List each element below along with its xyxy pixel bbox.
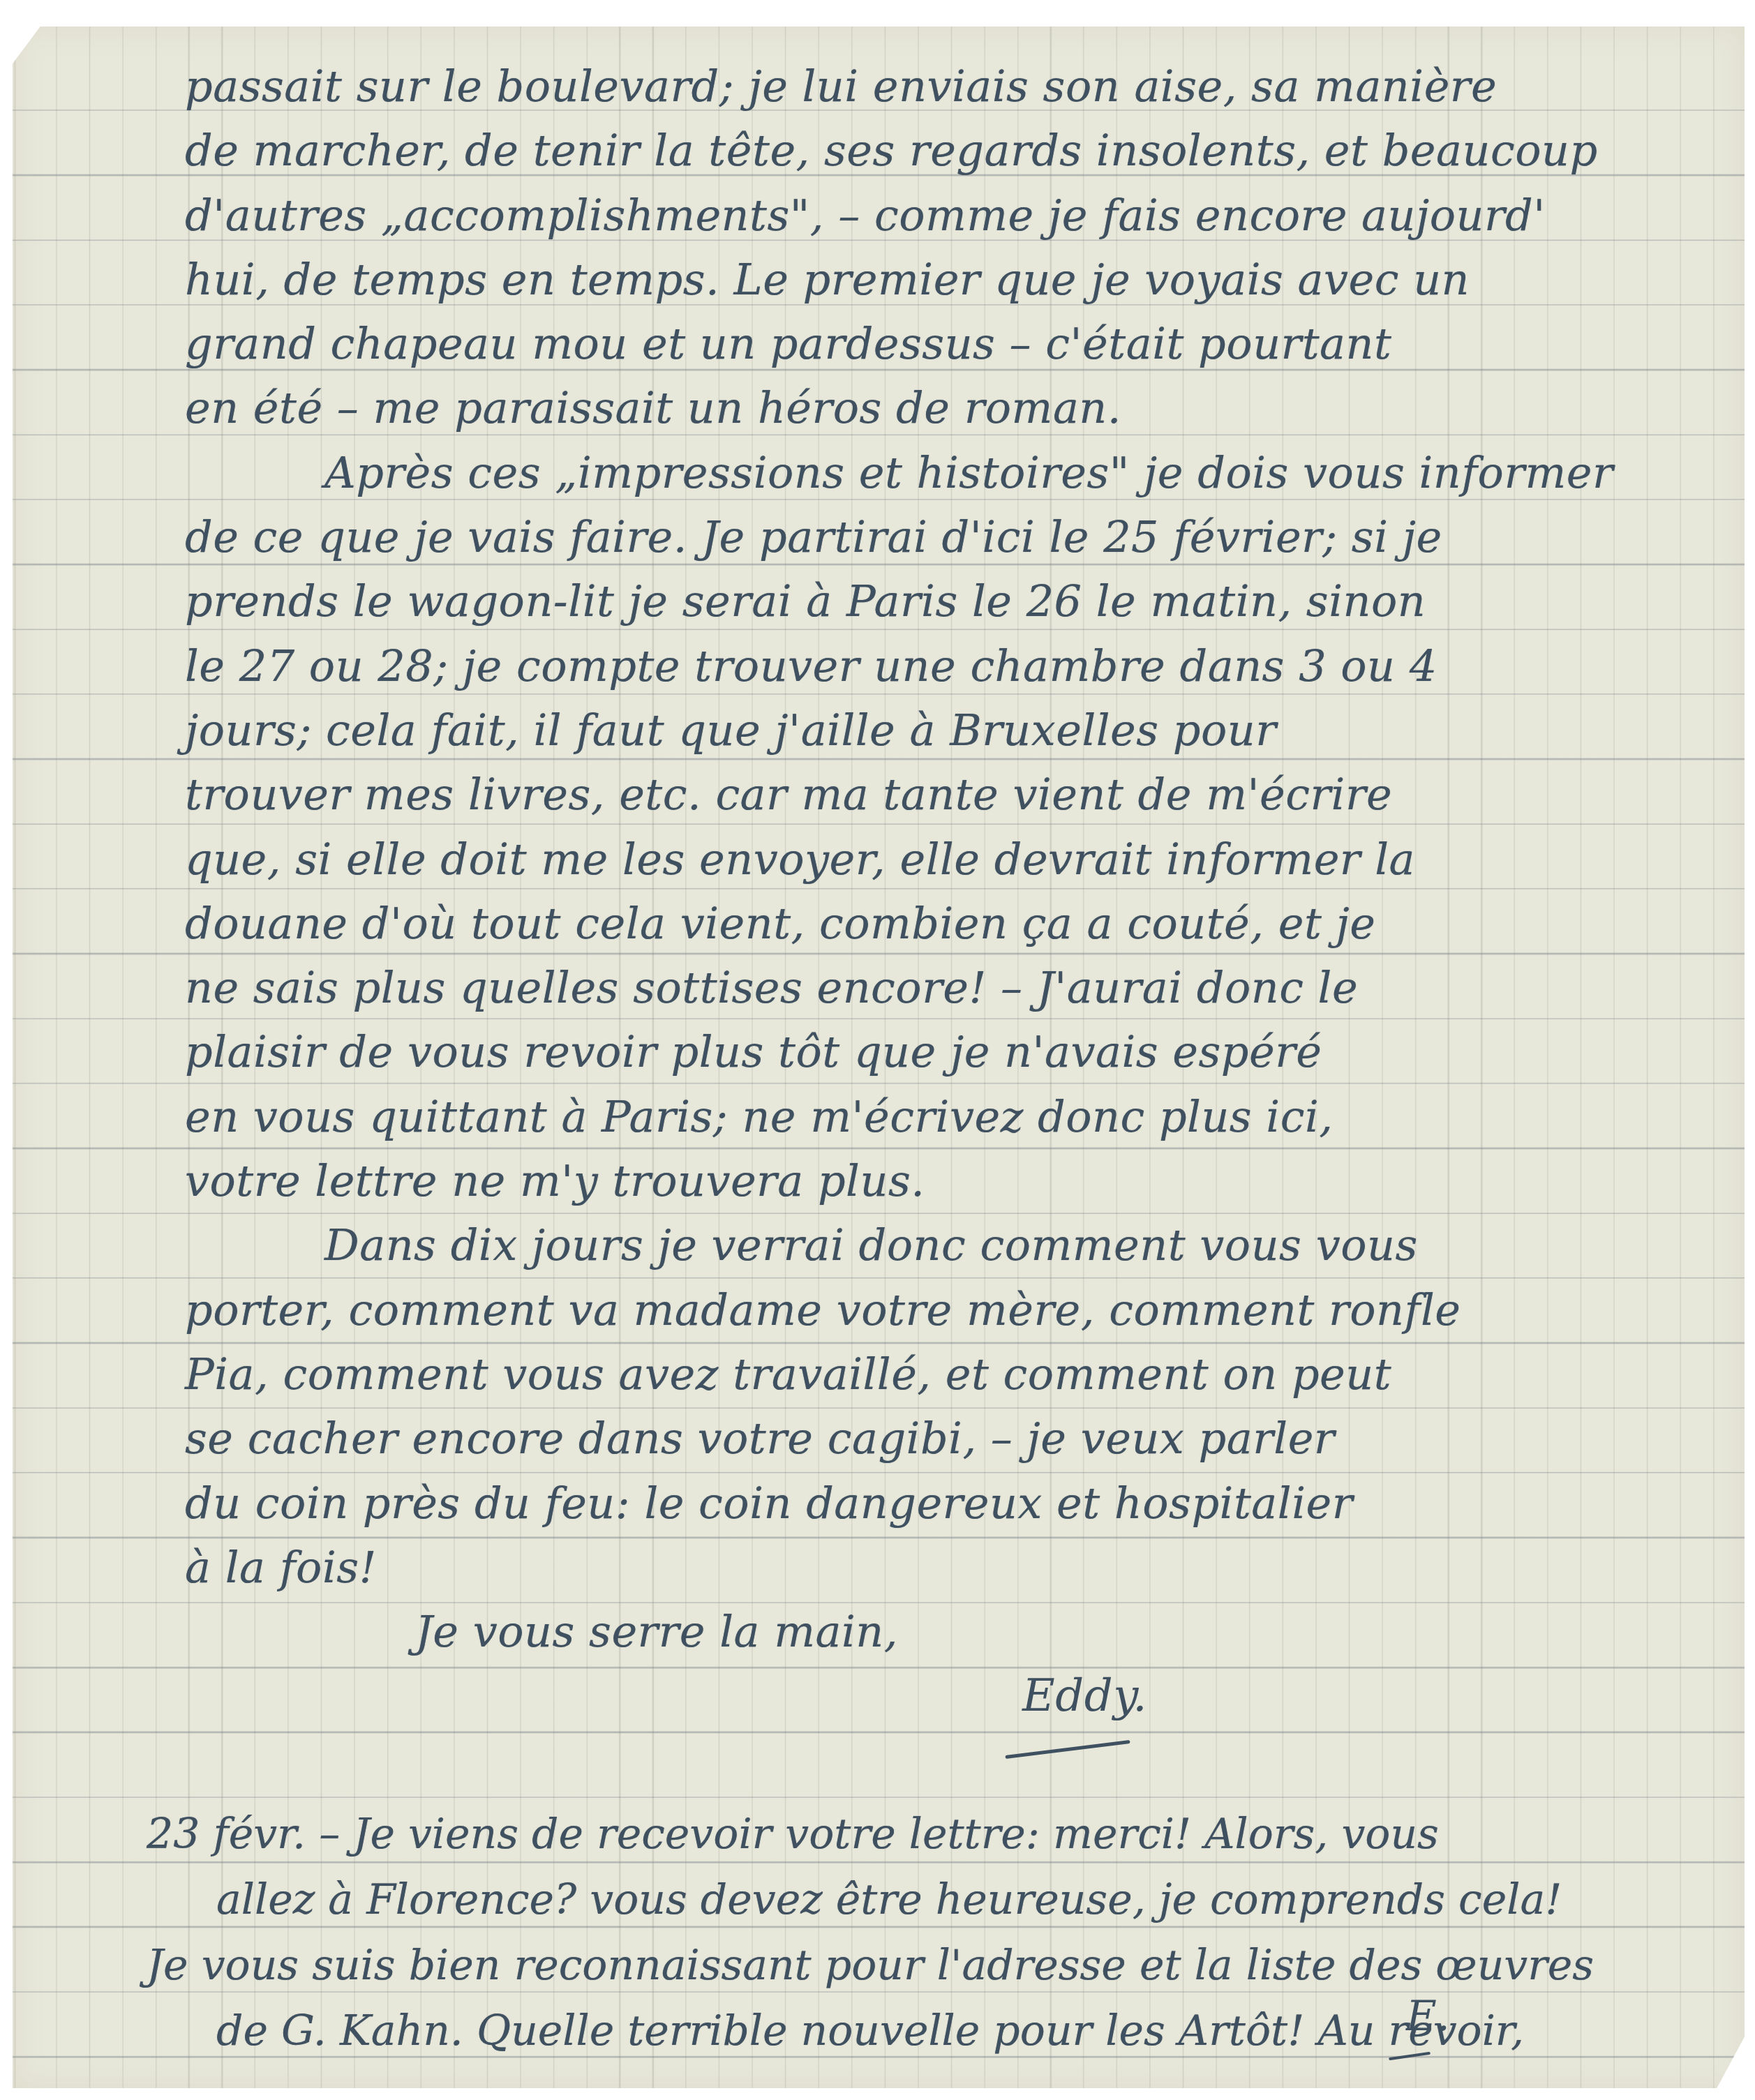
signature-row: Eddy. [185, 1664, 1720, 1728]
letter-line: grand chapeau mou et un pardessus – c'ét… [185, 312, 1720, 376]
letter-line: trouver mes livres, etc. car ma tante vi… [185, 763, 1720, 827]
letter-line: le 27 ou 28; je compte trouver une chamb… [185, 634, 1720, 698]
letter-line: d'autres „accomplishments", – comme je f… [185, 183, 1720, 248]
postscript-signature: E. [1406, 1992, 1450, 2041]
letter-closing: Je vous serre la main, [185, 1600, 1720, 1664]
letter-line: porter, comment va madame votre mère, co… [185, 1278, 1720, 1342]
letter-line-paragraph-start: Après ces „impressions et histoires" je … [185, 441, 1720, 505]
signature: Eddy. [1022, 1664, 1147, 1728]
postscript: 23 févr. – Je viens de recevoir votre le… [147, 1801, 1738, 2064]
letter-line: douane d'où tout cela vient, combien ça … [185, 892, 1720, 956]
letter-line: hui, de temps en temps. Le premier que j… [185, 248, 1720, 312]
letter-line: passait sur le boulevard; je lui enviais… [185, 54, 1720, 119]
letter-line: en vous quittant à Paris; ne m'écrivez d… [185, 1085, 1720, 1149]
letter-line: votre lettre ne m'y trouvera plus. [185, 1149, 1720, 1213]
postscript-line: 23 févr. – Je viens de recevoir votre le… [147, 1801, 1738, 1867]
letter-body: passait sur le boulevard; je lui enviais… [185, 54, 1720, 1729]
letter-line: du coin près du feu: le coin dangereux e… [185, 1471, 1720, 1536]
letter-line-paragraph-start: Dans dix jours je verrai donc comment vo… [185, 1213, 1720, 1277]
postscript-line: allez à Florence? vous devez être heureu… [147, 1867, 1738, 1933]
letter-line: plaisir de vous revoir plus tôt que je n… [185, 1020, 1720, 1084]
letter-line: que, si elle doit me les envoyer, elle d… [185, 827, 1720, 892]
postscript-line: de G. Kahn. Quelle terrible nouvelle pou… [147, 1998, 1738, 2064]
letter-line: ne sais plus quelles sottises encore! – … [185, 956, 1720, 1020]
letter-line: prends le wagon-lit je serai à Paris le … [185, 569, 1720, 633]
letter-line: de marcher, de tenir la tête, ses regard… [185, 119, 1720, 183]
letter-line: de ce que je vais faire. Je partirai d'i… [185, 505, 1720, 569]
letter-line: se cacher encore dans votre cagibi, – je… [185, 1407, 1720, 1471]
letter-line: Pia, comment vous avez travaillé, et com… [185, 1342, 1720, 1407]
letter-line: jours; cela fait, il faut que j'aille à … [185, 698, 1720, 763]
letter-line: en été – me paraissait un héros de roman… [185, 376, 1720, 440]
postscript-line: Je vous suis bien reconnaissant pour l'a… [147, 1933, 1738, 1998]
letter-line: à la fois! [185, 1536, 1720, 1600]
